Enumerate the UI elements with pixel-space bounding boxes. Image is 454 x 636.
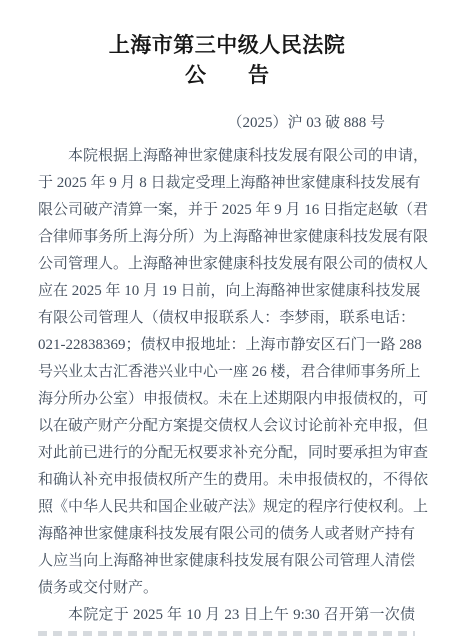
court-announcement-document: 上海市第三中级人民法院 公 告 （2025）沪 03 破 888 号 本院根据上… bbox=[0, 0, 454, 636]
body-line: 对此前已进行的分配无权要求补充分配，同时要承担为审查 bbox=[38, 440, 415, 467]
body-line: 于 2025 年 9 月 8 日裁定受理上海酪神世家健康科技发展有 bbox=[38, 170, 415, 197]
body-line: 海酪神世家健康科技发展有限公司的债务人或者财产持有 bbox=[38, 521, 415, 548]
body-line: 债务或交付财产。 bbox=[38, 575, 415, 602]
body-line: 限公司破产清算一案，并于 2025 年 9 月 16 日指定赵敏（君 bbox=[38, 197, 415, 224]
body-line: 合律师事务所上海分所）为上海酪神世家健康科技发展有限 bbox=[38, 224, 415, 251]
body-line: 人应当向上海酪神世家健康科技发展有限公司管理人清偿 bbox=[38, 548, 415, 575]
body-line: 和确认补充申报债权所产生的费用。未申报债权的，不得依 bbox=[38, 467, 415, 494]
announcement-title: 公 告 bbox=[0, 60, 454, 91]
court-name-title: 上海市第三中级人民法院 bbox=[0, 0, 454, 60]
announcement-body: 本院根据上海酪神世家健康科技发展有限公司的申请， 于 2025 年 9 月 8 … bbox=[38, 143, 415, 629]
body-line: 号兴业太古汇香港兴业中心一座 26 楼，君合律师事务所上 bbox=[38, 359, 415, 386]
body-line: 有限公司管理人（债权申报联系人：李梦雨，联系电话： bbox=[38, 305, 415, 332]
clipped-next-line-sliver bbox=[38, 631, 415, 636]
body-line: 以在破产财产分配方案提交债权人会议讨论前补充申报，但 bbox=[38, 413, 415, 440]
body-line: 021-22838369；债权申报地址：上海市静安区石门一路 288 bbox=[38, 332, 415, 359]
body-line: 海分所办公室）申报债权。未在上述期限内申报债权的，可 bbox=[38, 386, 415, 413]
body-line: 公司管理人。上海酪神世家健康科技发展有限公司的债权人 bbox=[38, 251, 415, 278]
body-line: 应在 2025 年 10 月 19 日前，向上海酪神世家健康科技发展 bbox=[38, 278, 415, 305]
body-line: 本院定于 2025 年 10 月 23 日上午 9:30 召开第一次债 bbox=[38, 602, 415, 629]
body-line: 照《中华人民共和国企业破产法》规定的程序行使权利。上 bbox=[38, 494, 415, 521]
case-number: （2025）沪 03 破 888 号 bbox=[0, 110, 454, 137]
body-line: 本院根据上海酪神世家健康科技发展有限公司的申请， bbox=[38, 143, 415, 170]
